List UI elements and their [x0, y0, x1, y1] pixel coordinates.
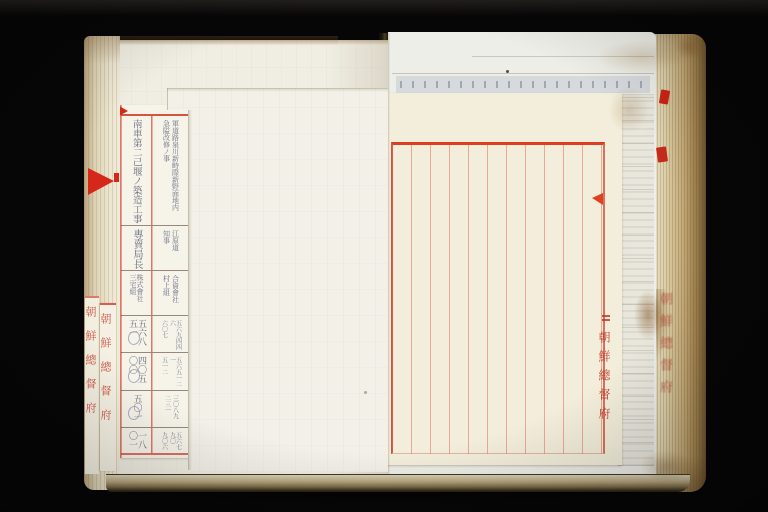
photo-vignette [0, 0, 768, 512]
archival-book-photo: 朝鮮總督府 朝鮮總督府 南車第二己堰ノ築造工事 軍道路泉川新畤際新野面地内 急隘… [0, 0, 768, 512]
